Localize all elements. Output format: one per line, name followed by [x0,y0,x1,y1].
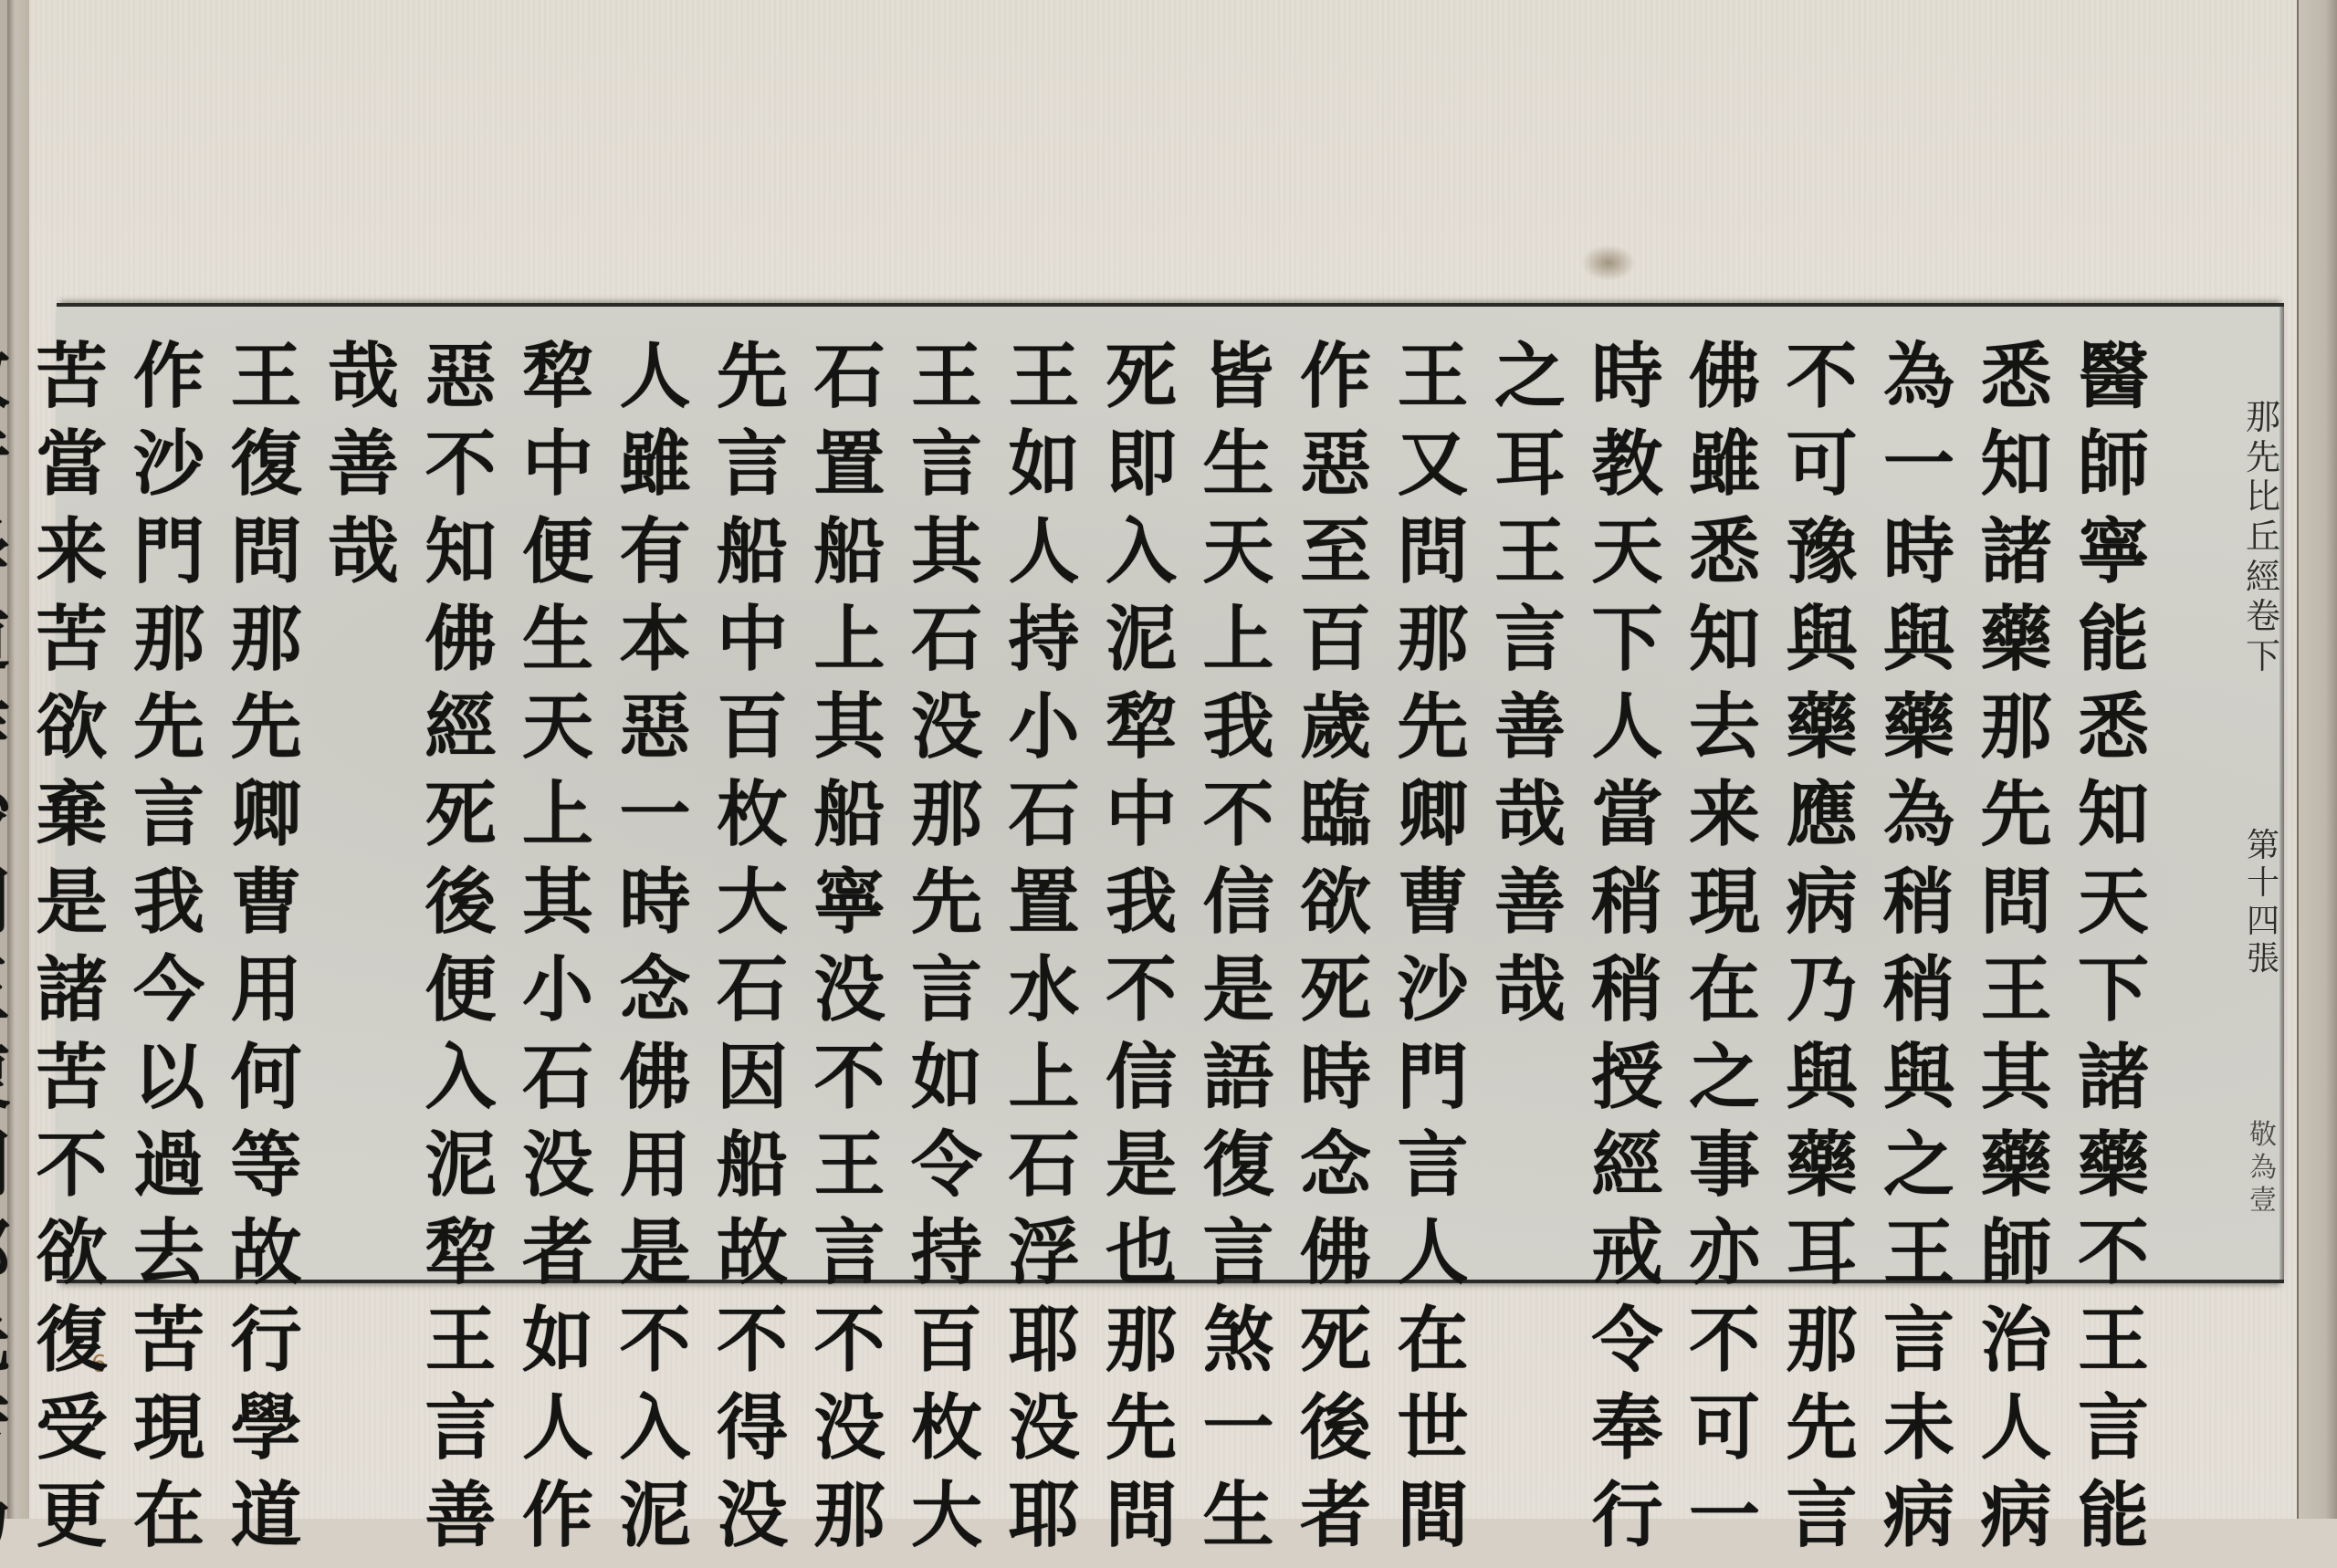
character: 寧 [802,867,897,955]
character: 事 [1677,1130,1772,1218]
character: 不 [608,1305,703,1393]
character: 故 [705,1218,800,1305]
character: 苦 [121,1305,216,1393]
margin-character: 丘 [2246,517,2280,558]
character: 善 [1483,867,1577,955]
character: 一 [608,779,703,867]
margin-character: 敬 [2249,1119,2277,1152]
character: 曹 [1386,867,1481,955]
text-column-18: 惡不知佛經死後便入泥犂王言善 [414,341,508,1519]
text-column-22: 苦當来苦欲棄是諸苦不欲復受更 [25,341,120,1519]
character: 知 [1677,604,1772,692]
character: 天 [1580,517,1675,604]
character: 便 [414,955,508,1042]
character: 行 [1580,1480,1675,1519]
character: 令 [1580,1305,1675,1393]
character: 問 [1094,1480,1189,1519]
character: 問 [219,517,314,604]
character: 諸 [2066,1042,2161,1130]
character: 一 [1871,429,1966,517]
character: 經 [414,692,508,779]
character: 得 [705,1393,800,1480]
character: 諸 [25,955,120,1042]
character: 復 [1191,1130,1286,1218]
character: 藥 [1969,1130,2064,1218]
character: 上 [1191,604,1286,692]
character: 来 [25,517,120,604]
character: 言 [1775,1480,1870,1519]
character: 百 [705,692,800,779]
character: 天 [1191,517,1286,604]
character: 道 [0,604,22,692]
character: 死 [1288,1305,1383,1393]
character: 持 [899,1218,994,1305]
text-column-16: 人雖有本惡一時念佛用是不入泥 [608,341,703,1519]
character: 行 [219,1305,314,1393]
character: 言 [899,429,994,517]
character: 死 [1094,341,1189,429]
character: 船 [802,517,897,604]
character: 時 [1580,341,1675,429]
character: 言 [1871,1305,1966,1393]
character: 悉 [2066,692,2161,779]
character: 奉 [1580,1393,1675,1480]
margin-character: 張 [2247,940,2279,977]
text-column-11: 死即入泥犂中我不信是也那先問 [1094,341,1189,1519]
character: 那 [1094,1305,1189,1393]
character: 去 [1677,692,1772,779]
text-column-6: 時教天下人當稍稍授經戒令奉行 [1580,341,1675,1519]
character: 故 [219,1218,314,1305]
right-binding-edge [2297,0,2337,1519]
character: 没 [997,1393,1092,1480]
character: 枚 [705,779,800,867]
character: 信 [1191,867,1286,955]
character: 復 [219,429,314,517]
character: 不 [1677,1305,1772,1393]
character: 先 [121,692,216,779]
margin-book-title: 那先比丘經卷下 [2240,398,2286,677]
character: 船 [802,779,897,867]
character: 如 [510,1305,605,1393]
character: 不 [414,429,508,517]
character: 耶 [997,1480,1092,1519]
character: 稍 [1580,955,1675,1042]
character: 道 [219,1480,314,1519]
character: 治 [1969,1305,2064,1393]
character: 病 [1871,1480,1966,1519]
character: 如 [899,1042,994,1130]
character: 哉 [316,341,411,429]
character: 入 [608,1393,703,1480]
character: 人 [1969,1393,2064,1480]
character: 應 [1775,779,1870,867]
character: 王 [1386,341,1481,429]
character: 先 [219,692,314,779]
character: 没 [510,1130,605,1218]
margin-character: 先 [2246,438,2280,478]
character: 哉 [1483,955,1577,1042]
character: 是 [1094,1130,1189,1218]
text-column-13: 王言其石没那先言如令持百枚大 [899,341,994,1519]
character: 大 [899,1480,994,1519]
character: 惡 [414,341,508,429]
character: 置 [802,429,897,517]
character: 不 [1094,955,1189,1042]
character: 雖 [1677,429,1772,517]
character: 作 [510,1480,605,1519]
character: 天 [510,692,605,779]
character: 佛 [414,604,508,692]
character: 師 [1969,1218,2064,1305]
text-column-12: 王如人持小石置水上石浮耶没耶 [997,341,1092,1519]
character: 苦 [25,604,120,692]
character: 在 [1386,1305,1481,1393]
character: 亦 [1677,1218,1772,1305]
character: 為 [1871,341,1966,429]
character: 學 [0,517,22,604]
character: 卿 [1386,779,1481,867]
character: 世 [1386,1393,1481,1480]
character: 之 [1483,341,1577,429]
character: 念 [1288,1130,1383,1218]
character: 知 [1969,429,2064,517]
character: 枚 [899,1393,994,1480]
character: 人 [510,1393,605,1480]
character: 石 [997,1130,1092,1218]
character: 便 [510,517,605,604]
character: 欲 [25,692,120,779]
character: 更 [25,1480,120,1519]
character: 與 [1775,1042,1870,1130]
character: 佛 [1677,341,1772,429]
character: 善 [316,429,411,517]
margin-character: 四 [2247,903,2279,940]
character: 在 [1677,955,1772,1042]
character: 煞 [1191,1305,1286,1393]
character: 生 [1191,1480,1286,1519]
character: 言 [1386,1130,1481,1218]
character: 當 [1580,779,1675,867]
text-column-20: 王復問那先卿曹用何等故行學道 [219,341,314,1519]
character: 學 [219,1393,314,1480]
character: 那 [121,604,216,692]
character: 王 [1969,955,2064,1042]
character: 之 [1677,1042,1772,1130]
character: 人 [608,341,703,429]
character: 石 [510,1042,605,1130]
character: 教 [1580,429,1675,517]
character: 善 [1483,692,1577,779]
character: 我 [121,867,216,955]
character: 受 [25,1393,120,1480]
character: 先 [1094,1393,1189,1480]
character: 石 [705,955,800,1042]
character: 乃 [1775,955,1870,1042]
character: 王 [414,1305,508,1393]
character: 沙 [1386,955,1481,1042]
character: 病 [1775,867,1870,955]
character: 欲 [1288,867,1383,955]
character: 與 [1871,604,1966,692]
character: 其 [899,517,994,604]
character: 病 [1969,1480,2064,1519]
character: 稍 [1580,867,1675,955]
character: 王 [1483,517,1577,604]
character: 言 [1191,1218,1286,1305]
character: 哉 [1483,779,1577,867]
character: 現 [1677,867,1772,955]
character: 先 [1386,692,1481,779]
character: 當 [25,429,120,517]
character: 時 [1288,1042,1383,1130]
character: 是 [25,867,120,955]
character: 不 [2066,1218,2161,1305]
character: 言 [705,429,800,517]
character: 之 [1871,1130,1966,1218]
character: 卿 [219,779,314,867]
character: 石 [899,604,994,692]
character: 間 [1386,1480,1481,1519]
character: 念 [608,955,703,1042]
character: 中 [705,604,800,692]
character: 棄 [25,779,120,867]
character: 惡 [1288,429,1383,517]
character: 等 [219,1130,314,1218]
character: 用 [219,955,314,1042]
text-column-14: 石置船上其船寧没不王言不没那 [802,341,897,1519]
character: 雖 [608,429,703,517]
character: 没 [802,955,897,1042]
character: 過 [121,1130,216,1218]
character: 未 [1871,1393,1966,1480]
character: 一 [1677,1480,1772,1519]
character: 来 [1677,779,1772,867]
character: 現 [121,1393,216,1480]
character: 有 [608,517,703,604]
character: 死 [414,779,508,867]
character: 藥 [1871,692,1966,779]
character: 門 [121,517,216,604]
character: 言 [1483,604,1577,692]
character: 犂 [414,1218,508,1305]
character: 王 [2066,1305,2161,1393]
character: 石 [802,341,897,429]
margin-character: 比 [2246,477,2280,517]
character: 作 [121,341,216,429]
character: 藥 [1775,692,1870,779]
character: 上 [510,779,605,867]
scanned-sheet: 6 那先比丘經卷下 第十四張 敬為 壹 醫師寧能悉知天下諸藥不王言能悉知諸藥那先… [0,0,2337,1519]
character: 其 [510,867,605,955]
character: 人 [997,517,1092,604]
character: 寧 [2066,517,2161,604]
character: 没 [899,692,994,779]
character: 中 [510,429,605,517]
character: 王 [0,955,22,1042]
character: 其 [1969,1042,2064,1130]
margin-page-number: 第十四張 [2240,827,2286,978]
character: 門 [0,867,22,955]
character: 豫 [1775,517,1870,604]
character: 那 [899,779,994,867]
character: 故 [0,341,22,429]
character: 人 [1386,1218,1481,1305]
character: 王 [802,1130,897,1218]
character: 佛 [608,1042,703,1130]
character: 佛 [1288,1218,1383,1305]
character: 下 [2066,955,2161,1042]
character: 戒 [1580,1218,1675,1305]
character: 没 [705,1480,800,1519]
text-column-4: 不可豫與藥應病乃與藥耳那先言 [1775,341,1870,1519]
character: 授 [1580,1042,1675,1130]
ink-stain [1581,245,1636,281]
character: 王 [997,341,1092,429]
character: 言 [802,1218,897,1305]
character: 中 [1094,779,1189,867]
character: 浮 [997,1218,1092,1305]
character: 門 [1386,1042,1481,1130]
character: 入 [1094,517,1189,604]
character: 與 [1871,1042,1966,1130]
character: 不 [25,1130,120,1218]
character: 死 [1288,955,1383,1042]
character: 復 [25,1305,120,1393]
character: 可 [1677,1393,1772,1480]
character: 那 [1775,1305,1870,1393]
margin-character: 那 [2246,398,2280,438]
text-column-17: 犂中便生天上其小石没者如人作 [510,341,605,1519]
character: 問 [0,1130,22,1218]
character: 小 [997,692,1092,779]
character: 時 [608,867,703,955]
character: 先 [705,341,800,429]
character: 犂 [1094,692,1189,779]
text-column-19: 哉善哉 [316,341,411,604]
character: 生 [1191,429,1286,517]
character: 知 [2066,779,2161,867]
character: 曹 [219,867,314,955]
character: 因 [705,1042,800,1130]
character: 也 [1094,1218,1189,1305]
character: 能 [2066,604,2161,692]
character: 是 [608,1218,703,1305]
character: 沙 [121,429,216,517]
character: 作 [1288,341,1383,429]
character: 惡 [608,692,703,779]
character: 没 [802,1393,897,1480]
margin-character: 經 [2246,558,2280,598]
margin-character: 壹 [2249,1185,2277,1218]
character: 言 [414,1393,508,1480]
text-column-2: 悉知諸藥那先問王其藥師治人病 [1969,341,2064,1519]
character: 耳 [1775,1218,1870,1305]
character: 泥 [414,1130,508,1218]
character: 苦 [25,1042,120,1130]
character: 藥 [1775,1130,1870,1218]
character: 今 [121,955,216,1042]
character: 先 [899,867,994,955]
text-column-5: 佛雖悉知去来現在之事亦不可一 [1677,341,1772,1519]
character: 歲 [1288,692,1383,779]
character: 令 [899,1130,994,1218]
character: 那 [1386,604,1481,692]
character: 至 [1288,517,1383,604]
character: 稍 [1871,955,1966,1042]
character: 先 [1969,779,2064,867]
character: 行 [0,429,22,517]
character: 天 [2066,867,2161,955]
character: 稍 [1871,867,1966,955]
character: 那 [0,1218,22,1305]
character: 諸 [1969,517,2064,604]
character: 泥 [608,1480,703,1519]
character: 不 [802,1042,897,1130]
character: 上 [802,604,897,692]
character: 以 [121,1042,216,1130]
character: 何 [219,1042,314,1130]
character: 置 [997,867,1092,955]
character: 耳 [1483,429,1577,517]
character: 本 [608,604,703,692]
text-column-23: 故行學道作沙門王復問那先苦乃 [0,341,22,1519]
character: 哉 [316,517,411,604]
character: 乃 [0,1480,22,1519]
character: 如 [997,429,1092,517]
character: 言 [121,779,216,867]
text-column-1: 醫師寧能悉知天下諸藥不王言能 [2066,341,2161,1519]
character: 悉 [1677,517,1772,604]
text-column-21: 作沙門那先言我今以過去苦現在 [121,341,216,1519]
character: 泥 [1094,604,1189,692]
character: 信 [1094,1042,1189,1130]
margin-character: 十 [2247,864,2279,902]
character: 生 [510,604,605,692]
character: 在 [121,1480,216,1519]
character: 不 [1775,341,1870,429]
character: 為 [1871,779,1966,867]
character: 那 [1969,692,2064,779]
character: 者 [1288,1480,1383,1519]
character: 持 [997,604,1092,692]
character: 即 [1094,429,1189,517]
character: 人 [1580,692,1675,779]
character: 言 [2066,1393,2161,1480]
character: 善 [414,1480,508,1519]
character: 不 [1191,779,1286,867]
character: 皆 [1191,341,1286,429]
character: 不 [705,1305,800,1393]
character: 臨 [1288,779,1383,867]
character: 師 [2066,429,2161,517]
character: 其 [802,692,897,779]
text-column-15: 先言船中百枚大石因船故不得没 [705,341,800,1519]
character: 石 [997,779,1092,867]
character: 我 [1094,867,1189,955]
margin-character: 卷 [2246,597,2280,637]
character: 言 [899,955,994,1042]
character: 一 [1191,1393,1286,1480]
character: 可 [1775,429,1870,517]
margin-character: 為 [2249,1152,2277,1185]
character: 大 [705,867,800,955]
character: 去 [121,1218,216,1305]
character: 上 [997,1042,1092,1130]
character: 時 [1871,517,1966,604]
character: 船 [705,1130,800,1218]
character: 百 [1288,604,1383,692]
